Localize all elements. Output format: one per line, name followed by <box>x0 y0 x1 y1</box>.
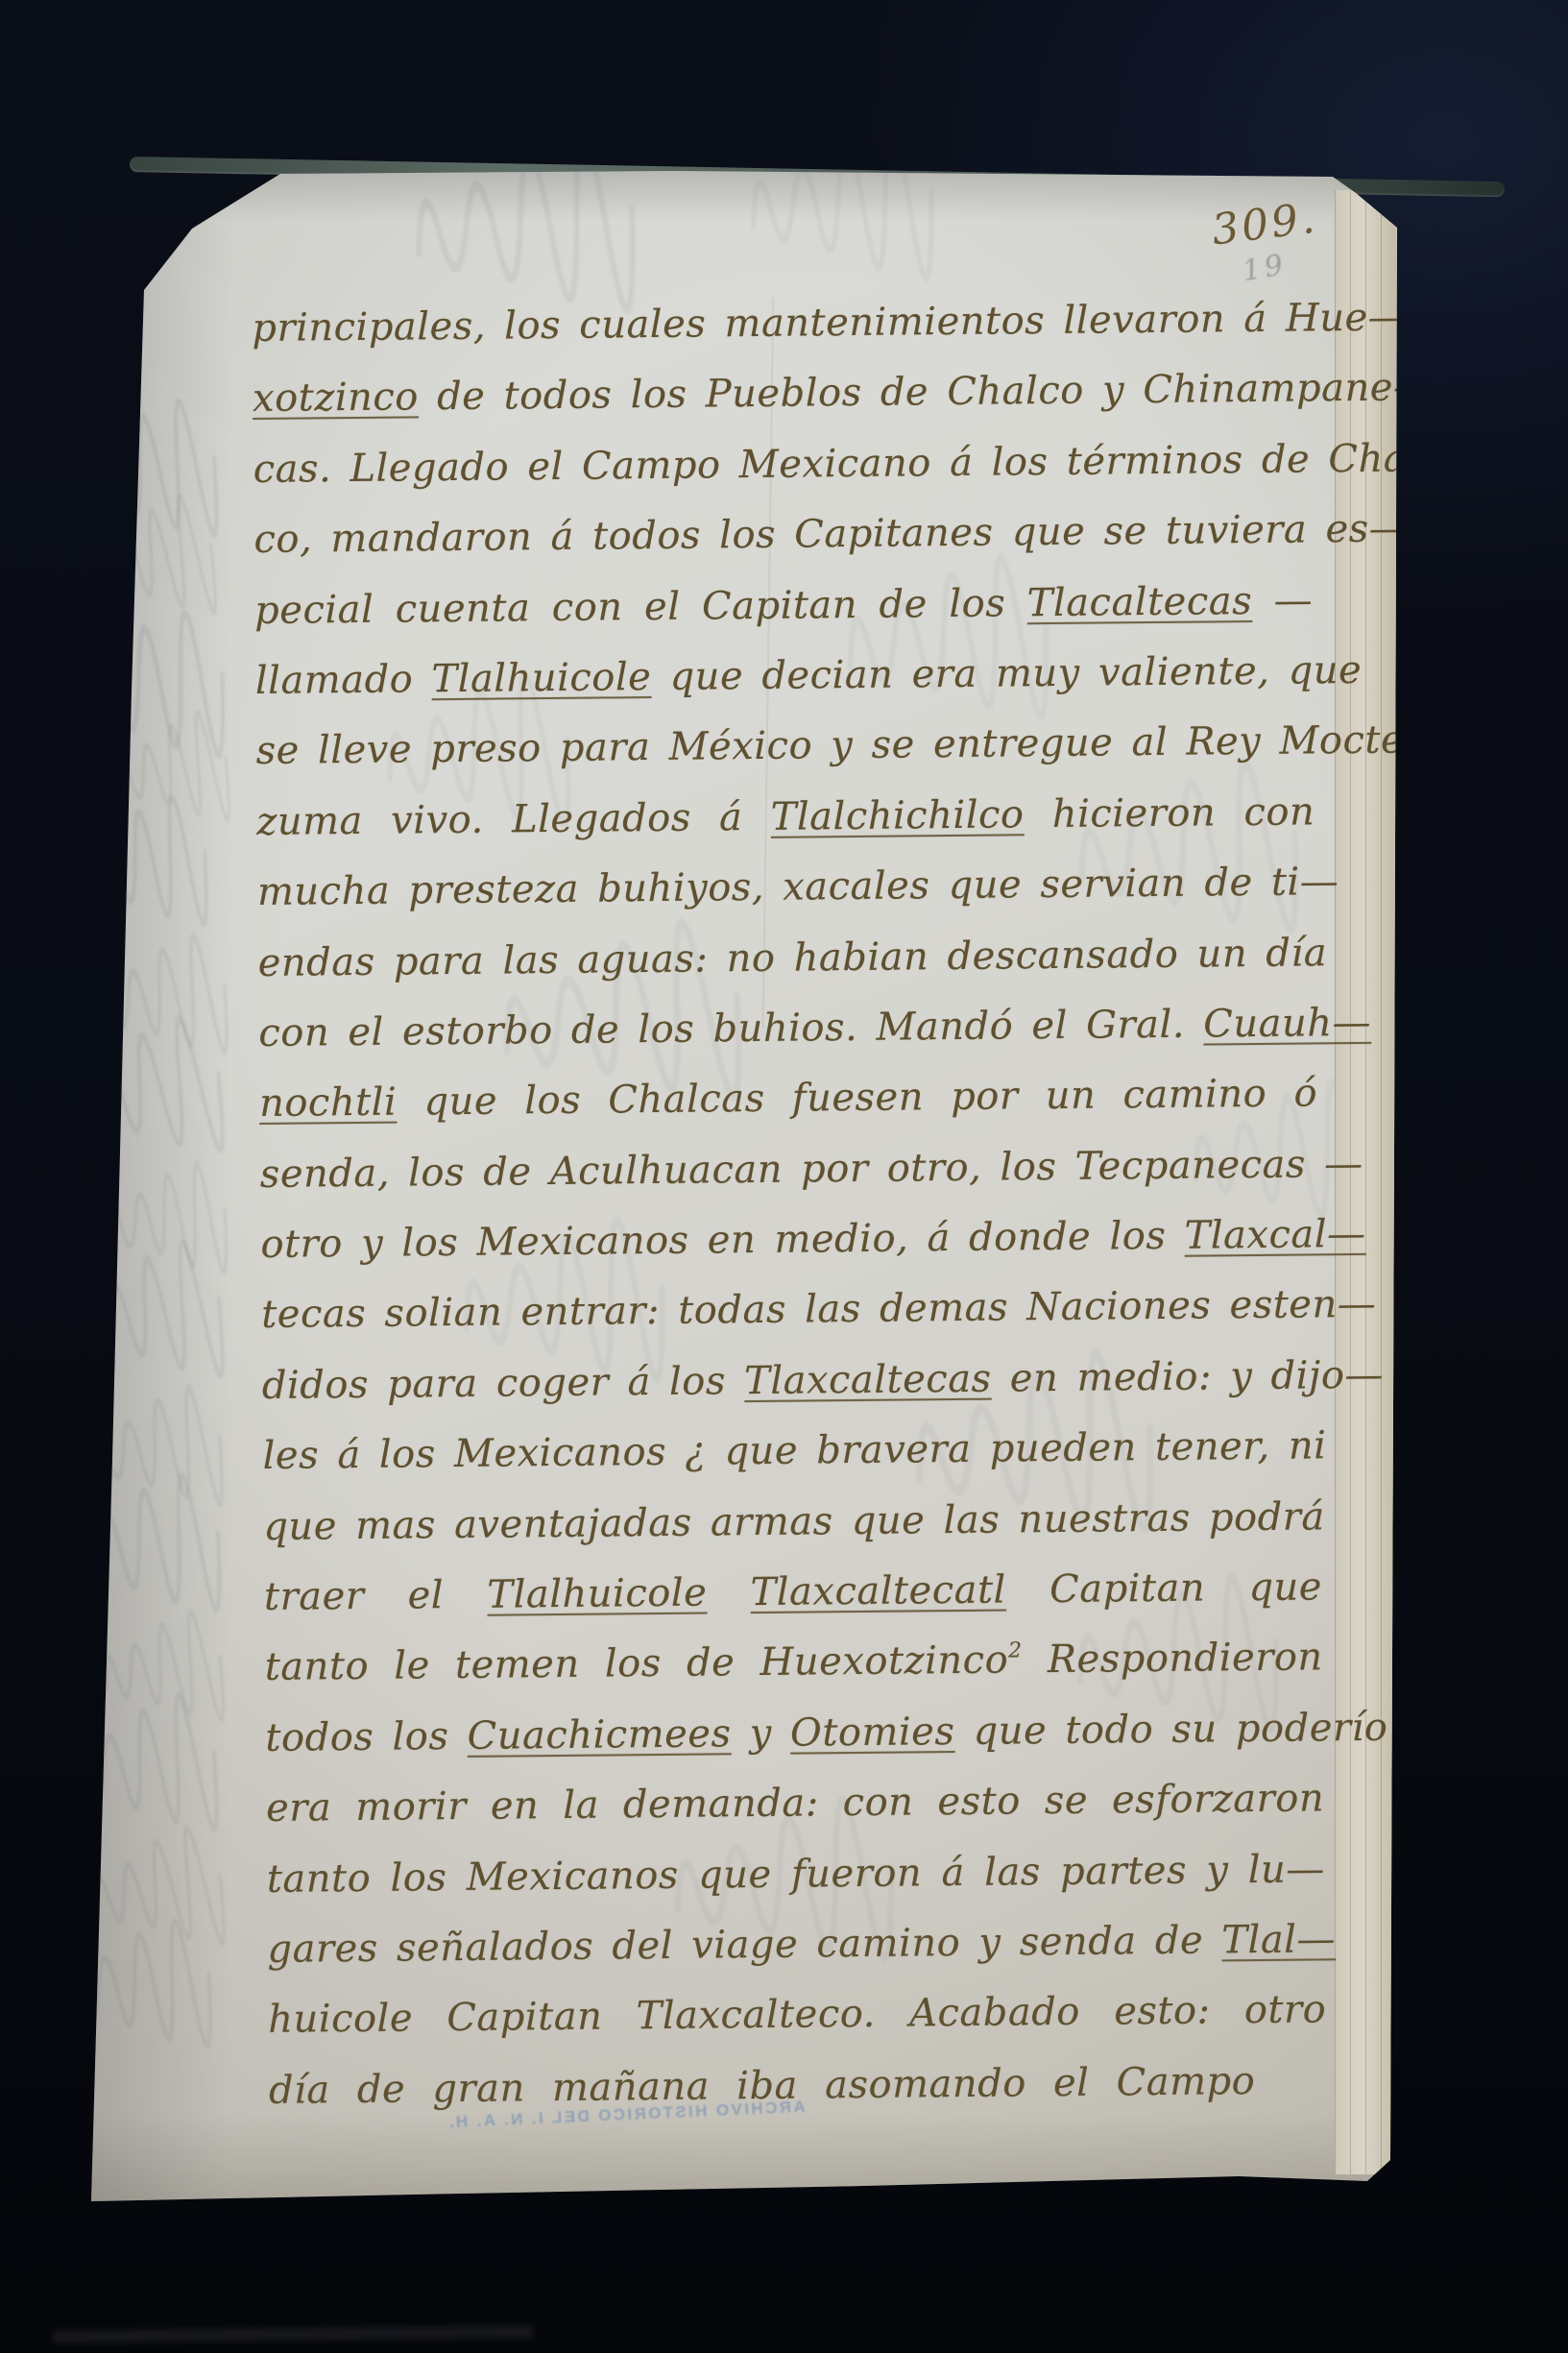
underlined-word: Cuachicmees <box>467 1711 731 1759</box>
text-segment: pecial cuenta con el Capitan de los <box>254 581 1027 633</box>
underlined-word: nochtli <box>259 1080 398 1126</box>
text-segment: se lleve preso para México y se entregue… <box>255 717 1443 773</box>
underlined-word: Tlacaltecas <box>1027 579 1253 625</box>
text-segment: didos para coger á los <box>262 1359 745 1408</box>
manuscript-line: todos los Cuachicmees y Otomies que todo… <box>265 1693 1324 1774</box>
text-segment: 2 <box>1008 1639 1023 1663</box>
text-segment: en medio: y dijo— <box>991 1353 1384 1401</box>
manuscript-photo: 309. 19 principales, los cuales mantenim… <box>0 0 1568 2353</box>
manuscript-line: se lleve preso para México y se entregue… <box>255 707 1315 788</box>
manuscript-line: senda, los de Aculhuacan por otro, los T… <box>259 1129 1318 1210</box>
manuscript-line: llamado Tlalhuicole que decian era muy v… <box>255 636 1315 716</box>
text-segment: y <box>731 1710 790 1756</box>
text-segment: — <box>1252 578 1313 623</box>
manuscript-line: didos para coger á los Tlaxcaltecas en m… <box>262 1341 1321 1421</box>
manuscript-line: les á los Mexicanos ¿ que bravera pueden… <box>262 1412 1321 1492</box>
manuscript-line: con el estorbo de los buhios. Mandó el G… <box>258 988 1317 1069</box>
manuscript-line: principales, los cuales mantenimientos l… <box>252 283 1311 364</box>
manuscript-line: traer el Tlalhuicole Tlaxcaltecatl Capit… <box>264 1552 1323 1633</box>
manuscript-line: tanto le temen los de Huexotzinco2 Respo… <box>264 1623 1323 1704</box>
underlined-word: Tlaxcaltecas <box>744 1357 992 1403</box>
text-segment: tanto los Mexicanos que fueron á las par… <box>267 1847 1325 1902</box>
underlined-word: Otomies <box>790 1710 955 1756</box>
text-segment: cas. Llegado el Campo Mexicano á los tér… <box>253 436 1459 492</box>
manuscript-line: que mas aventajadas armas que las nuestr… <box>263 1482 1322 1563</box>
manuscript-line: tanto los Mexicanos que fueron á las par… <box>266 1834 1325 1915</box>
text-segment: endas para las aguas: no habian descansa… <box>257 931 1327 985</box>
text-segment: otro y los Mexicanos en medio, á donde l… <box>260 1214 1185 1267</box>
underlined-word: Tlal— <box>1221 1917 1336 1962</box>
text-segment: que mas aventajadas armas que las nuestr… <box>263 1494 1325 1549</box>
underlined-word: Tlalhuicole <box>431 655 651 701</box>
text-segment: que decian era muy valiente, que <box>651 648 1362 699</box>
text-segment: que todo su poderío <box>954 1706 1387 1754</box>
underlined-word: xotzinco <box>253 376 419 422</box>
underlined-word: Tlalhuicole <box>487 1571 707 1617</box>
text-segment <box>707 1570 751 1614</box>
manuscript-line: cas. Llegado el Campo Mexicano á los tér… <box>253 425 1312 505</box>
manuscript-line: era morir en la demanda: con esto se esf… <box>266 1764 1325 1845</box>
text-segment: gares señalados del viage camino y senda… <box>267 1918 1221 1972</box>
manuscript-line: tecas solian entrar: todas las demas Nac… <box>261 1271 1320 1351</box>
manuscript-line: xotzinco de todos los Pueblos de Chalco … <box>253 354 1312 435</box>
text-segment: tecas solian entrar: todas las demas Nac… <box>261 1282 1376 1337</box>
text-segment: principales, los cuales mantenimientos l… <box>252 295 1407 351</box>
text-segment: tanto le temen los de Huexotzinco <box>265 1638 1009 1689</box>
text-segment: traer el <box>264 1573 488 1619</box>
text-segment: Respondieron <box>1022 1636 1322 1683</box>
text-segment: que los Chalcas fuesen por un camino ó <box>397 1072 1317 1125</box>
text-segment: llamado <box>255 657 432 703</box>
text-segment: senda, los de Aculhuacan por otro, los T… <box>260 1142 1363 1197</box>
text-segment: co, mandaron á todos los Capitanes que s… <box>253 507 1408 563</box>
manuscript-line: gares señalados del viage camino y senda… <box>267 1904 1326 1985</box>
manuscript-page: 309. 19 principales, los cuales mantenim… <box>0 0 1568 2353</box>
underlined-word: Tlalchichilco <box>770 792 1024 839</box>
manuscript-line: mucha presteza buhiyos, xacales que serv… <box>257 848 1316 929</box>
text-segment: zuma vivo. Llegados á <box>256 795 771 844</box>
text-segment: mucha presteza buhiyos, xacales que serv… <box>257 860 1339 914</box>
manuscript-line: zuma vivo. Llegados á Tlalchichilco hici… <box>256 777 1315 858</box>
handwritten-text-block: principales, los cuales mantenimientos l… <box>252 283 1327 2126</box>
text-segment: era morir en la demanda: con esto se esf… <box>266 1777 1324 1831</box>
text-segment: hicieron con <box>1024 789 1315 837</box>
manuscript-line: nochtli que los Chalcas fuesen por un ca… <box>259 1059 1318 1140</box>
text-segment: Capitan que <box>1006 1565 1323 1612</box>
manuscript-line: huicole Capitan Tlaxcalteco. Acabado est… <box>268 1976 1327 2056</box>
text-segment: con el estorbo de los buhios. Mandó el G… <box>258 1002 1203 1055</box>
manuscript-line: pecial cuenta con el Capitan de los Tlac… <box>254 566 1314 646</box>
text-segment: todos los <box>265 1714 468 1760</box>
manuscript-line: otro y los Mexicanos en medio, á donde l… <box>260 1200 1319 1280</box>
underlined-word: Cuauh— <box>1203 1001 1371 1047</box>
manuscript-line: endas para las aguas: no habian descansa… <box>257 918 1316 999</box>
manuscript-line: co, mandaron á todos los Capitanes que s… <box>253 496 1313 576</box>
underlined-word: Tlaxcal— <box>1184 1212 1365 1258</box>
backdrop-smudge <box>53 2325 533 2342</box>
text-segment: de todos los Pueblos de Chalco y Chinamp… <box>419 366 1433 420</box>
text-segment: huicole Capitan Tlaxcalteco. Acabado est… <box>268 1988 1326 2043</box>
underlined-word: Tlaxcaltecatl <box>750 1568 1006 1615</box>
text-segment: les á los Mexicanos ¿ que bravera pueden… <box>262 1424 1326 1479</box>
